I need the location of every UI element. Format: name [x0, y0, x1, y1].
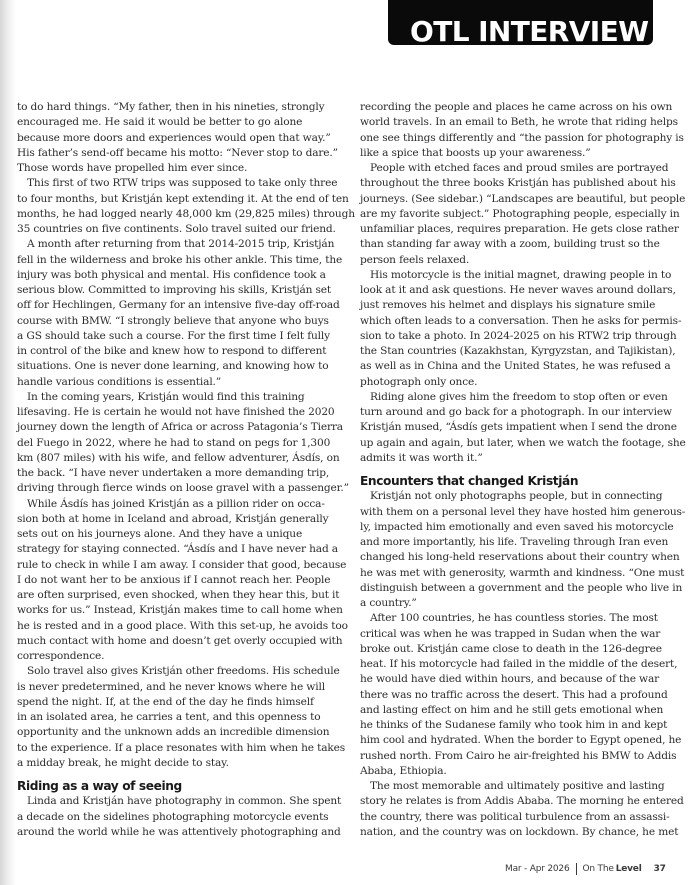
- text-line: throughout the three books Kristján has …: [360, 176, 692, 191]
- text-line: Ababa, Ethiopia.: [360, 764, 692, 779]
- text-line: off for Hechlingen, Germany for an inten…: [17, 298, 349, 313]
- text-line: he was met with generosity, warmth and k…: [360, 566, 692, 581]
- text-line: the country, there was political turbule…: [360, 810, 692, 825]
- text-line: ly, impacted him emotionally and even sa…: [360, 520, 692, 535]
- footer-divider: [576, 863, 577, 875]
- paragraph: Riding alone gives him the freedom to st…: [360, 390, 692, 466]
- article-column-left: to do hard things. “My father, then in h…: [17, 100, 349, 840]
- text-line: are my favorite subject.” Photographing …: [360, 207, 692, 222]
- paragraph: His motorcycle is the initial magnet, dr…: [360, 268, 692, 390]
- text-line: sets out on his journeys alone. And they…: [17, 527, 349, 542]
- text-line: like a spice that boosts up your awarene…: [360, 146, 692, 161]
- text-line: in an isolated area, he carries a tent, …: [17, 710, 349, 725]
- text-line: nation, and the country was on lockdown.…: [360, 825, 692, 840]
- text-line: del Fuego in 2022, where he had to stand…: [17, 436, 349, 451]
- text-line: Solo travel also gives Kristján other fr…: [17, 664, 349, 679]
- text-line: him cool and hydrated. When the border t…: [360, 733, 692, 748]
- text-line: and more importantly, his life. Travelin…: [360, 535, 692, 550]
- paragraph: Linda and Kristján have photography in c…: [17, 794, 349, 840]
- text-line: one see things differently and “the pass…: [360, 131, 692, 146]
- section-heading: Riding as a way of seeing: [17, 779, 349, 794]
- paragraph: In the coming years, Kristján would find…: [17, 390, 349, 497]
- text-line: This first of two RTW trips was supposed…: [17, 176, 349, 191]
- text-line: distinguish between a government and the…: [360, 581, 692, 596]
- text-line: heat. If his motorcycle had failed in th…: [360, 657, 692, 672]
- text-line: His motorcycle is the initial magnet, dr…: [360, 268, 692, 283]
- text-line: Those words have propelled him ever sinc…: [17, 161, 349, 176]
- text-line: His father’s send-off became his motto: …: [17, 146, 349, 161]
- text-line: a GS should take such a course. For the …: [17, 329, 349, 344]
- text-line: sion to take a photo. In 2024-2025 on hi…: [360, 329, 692, 344]
- text-line: a decade on the sidelines photographing …: [17, 810, 349, 825]
- text-line: to the experience. If a place resonates …: [17, 741, 349, 756]
- paragraph: While Ásdís has joined Kristján as a pil…: [17, 497, 349, 665]
- article-column-right: recording the people and places he came …: [360, 100, 692, 840]
- text-line: journeys. (See sidebar.) “Landscapes are…: [360, 192, 692, 207]
- issue-date: Mar - Apr 2026: [505, 864, 570, 874]
- text-line: he would have died within hours, and bec…: [360, 672, 692, 687]
- text-line: handle various conditions is essential.”: [17, 375, 349, 390]
- text-line: opportunity and the unknown adds an incr…: [17, 725, 349, 740]
- text-line: world travels. In an email to Beth, he w…: [360, 115, 692, 130]
- text-line: months, he had logged nearly 48,000 km (…: [17, 207, 349, 222]
- page-number: 37: [654, 864, 666, 874]
- section-banner-title: OTL INTERVIEW: [410, 16, 648, 45]
- magazine-name-bold: Level: [616, 864, 642, 874]
- text-line: Kristján not only photographs people, bu…: [360, 489, 692, 504]
- text-line: much contact with home and doesn’t get o…: [17, 634, 349, 649]
- text-line: unfamiliar places, requires preparation.…: [360, 222, 692, 237]
- text-line: 35 countries on five continents. Solo tr…: [17, 222, 349, 237]
- text-line: sion both at home in Iceland and abroad,…: [17, 512, 349, 527]
- text-line: injury was both physical and mental. His…: [17, 268, 349, 283]
- text-line: photograph only once.: [360, 375, 692, 390]
- text-line: The most memorable and ultimately positi…: [360, 779, 692, 794]
- text-line: critical was when he was trapped in Suda…: [360, 627, 692, 642]
- text-line: than standing far away with a zoom, buil…: [360, 237, 692, 252]
- text-line: and lasting effect on him and he still g…: [360, 703, 692, 718]
- text-line: strategy for staying connected. “Ásdís a…: [17, 542, 349, 557]
- text-line: just removes his helmet and displays his…: [360, 298, 692, 313]
- page-footer: Mar - Apr 2026 On The Level 37: [505, 863, 666, 875]
- text-line: journey down the length of Africa or acr…: [17, 420, 349, 435]
- text-line: the back. “I have never undertaken a mor…: [17, 466, 349, 481]
- text-line: turn around and go back for a photograph…: [360, 405, 692, 420]
- text-line: recording the people and places he came …: [360, 100, 692, 115]
- text-line: After 100 countries, he has countless st…: [360, 611, 692, 626]
- text-line: around the world while he was attentivel…: [17, 825, 349, 840]
- paragraph: recording the people and places he came …: [360, 100, 692, 161]
- text-line: with them on a personal level they have …: [360, 505, 692, 520]
- text-line: as well as in China and the United State…: [360, 359, 692, 374]
- magazine-name-prefix: On The: [583, 864, 614, 874]
- text-line: in control of the bike and knew how to r…: [17, 344, 349, 359]
- text-line: admits it was worth it.”: [360, 451, 692, 466]
- text-line: changed his long-held reservations about…: [360, 550, 692, 565]
- text-line: While Ásdís has joined Kristján as a pil…: [17, 497, 349, 512]
- text-line: km (807 miles) with his wife, and fellow…: [17, 451, 349, 466]
- paragraph: This first of two RTW trips was supposed…: [17, 176, 349, 237]
- text-line: to four months, but Kristján kept extend…: [17, 192, 349, 207]
- text-line: up again and again, but later, when we w…: [360, 436, 692, 451]
- text-line: Linda and Kristján have photography in c…: [17, 794, 349, 809]
- text-line: are often surprised, even shocked, when …: [17, 588, 349, 603]
- text-line: rushed north. From Cairo he air-freighte…: [360, 749, 692, 764]
- paragraph: Kristján not only photographs people, bu…: [360, 489, 692, 611]
- text-line: he thinks of the Sudanese family who too…: [360, 718, 692, 733]
- text-line: to do hard things. “My father, then in h…: [17, 100, 349, 115]
- paragraph: The most memorable and ultimately positi…: [360, 779, 692, 840]
- paragraph: A month after returning from that 2014-2…: [17, 237, 349, 390]
- text-line: lifesaving. He is certain he would not h…: [17, 405, 349, 420]
- text-line: serious blow. Committed to improving his…: [17, 283, 349, 298]
- text-line: look at it and ask questions. He never w…: [360, 283, 692, 298]
- text-line: fell in the wilderness and broke his oth…: [17, 253, 349, 268]
- text-line: spend the night. If, at the end of the d…: [17, 695, 349, 710]
- text-line: rule to check in while I am away. I cons…: [17, 558, 349, 573]
- text-line: which often leads to a conversation. The…: [360, 314, 692, 329]
- text-line: Riding alone gives him the freedom to st…: [360, 390, 692, 405]
- section-heading: Encounters that changed Kristján: [360, 474, 692, 489]
- text-line: correspondence.: [17, 649, 349, 664]
- text-line: a midday break, he might decide to stay.: [17, 756, 349, 771]
- text-line: course with BMW. “I strongly believe tha…: [17, 314, 349, 329]
- text-line: broke out. Kristján came close to death …: [360, 642, 692, 657]
- text-line: is never predetermined, and he never kno…: [17, 680, 349, 695]
- text-line: driving through fierce winds on loose gr…: [17, 481, 349, 496]
- text-line: I do not want her to be anxious if I can…: [17, 573, 349, 588]
- text-line: because more doors and experiences would…: [17, 131, 349, 146]
- text-line: the Stan countries (Kazakhstan, Kyrgyzst…: [360, 344, 692, 359]
- text-line: People with etched faces and proud smile…: [360, 161, 692, 176]
- text-line: Kristján mused, “Ásdís gets impatient wh…: [360, 420, 692, 435]
- page-gutter-shadow: [0, 0, 16, 885]
- text-line: he is rested and in a good place. With t…: [17, 619, 349, 634]
- text-line: A month after returning from that 2014-2…: [17, 237, 349, 252]
- text-line: there was no traffic across the desert. …: [360, 688, 692, 703]
- text-line: situations. One is never done learning, …: [17, 359, 349, 374]
- text-line: works for us.” Instead, Kristján makes t…: [17, 603, 349, 618]
- text-line: encouraged me. He said it would be bette…: [17, 115, 349, 130]
- text-line: In the coming years, Kristján would find…: [17, 390, 349, 405]
- text-line: a country.”: [360, 596, 692, 611]
- section-banner: OTL INTERVIEW: [388, 0, 653, 45]
- text-line: story he relates is from Addis Ababa. Th…: [360, 794, 692, 809]
- paragraph: After 100 countries, he has countless st…: [360, 611, 692, 779]
- text-line: person feels relaxed.: [360, 253, 692, 268]
- paragraph: People with etched faces and proud smile…: [360, 161, 692, 268]
- paragraph: to do hard things. “My father, then in h…: [17, 100, 349, 176]
- paragraph: Solo travel also gives Kristján other fr…: [17, 664, 349, 771]
